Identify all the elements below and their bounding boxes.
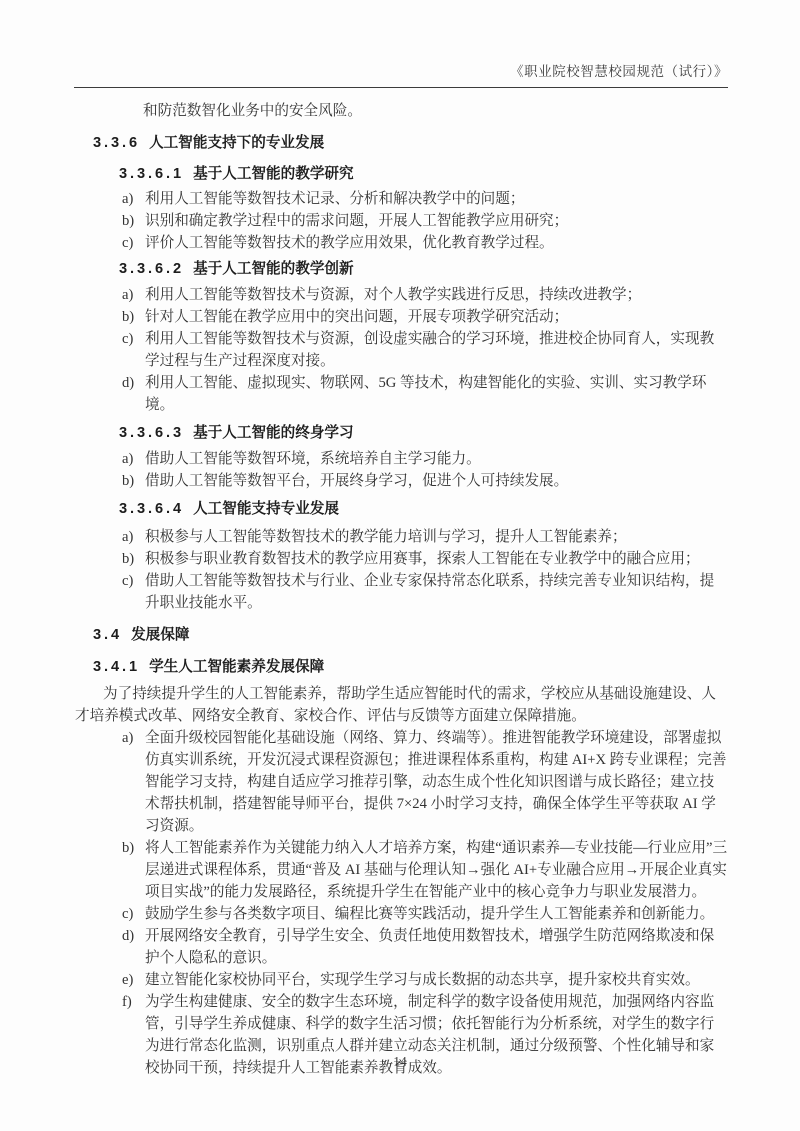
list-item: a) 利用人工智能等数智技术记录、分析和解决教学中的问题；	[75, 188, 728, 210]
section-title: 发展保障	[131, 627, 189, 643]
running-header: 《职业院校智慧校园规范（试行）》	[74, 60, 728, 88]
list-item-label: b)	[122, 306, 134, 328]
list-item-label: d)	[122, 925, 134, 947]
subsection-title: 基于人工智能的教学创新	[193, 261, 354, 277]
list-item: d) 开展网络安全教育，引导学生安全、负责任地使用数智技术，增强学生防范网络欺凌…	[75, 925, 728, 969]
running-header-title: 《职业院校智慧校园规范（试行）》	[510, 64, 728, 79]
list-item: d) 利用人工智能、虚拟现实、物联网、5G 等技术，构建智能化的实验、实训、实习…	[75, 372, 728, 416]
subsection-title: 人工智能支持专业发展	[193, 501, 339, 517]
list-item: c) 评价人工智能等数智技术的教学应用效果，优化教育教学过程。	[75, 232, 728, 254]
list-item-label: b)	[122, 470, 134, 492]
list-item: e) 建立智能化家校协同平台，实现学生学习与成长数据的动态共享，提升家校共育实效…	[75, 969, 728, 991]
list-item-label: a)	[122, 727, 133, 749]
list-item-text: 利用人工智能等数智技术与资源，对个人教学实践进行反思，持续改进教学；	[145, 287, 641, 303]
list-item-text: 评价人工智能等数智技术的教学应用效果，优化教育教学过程。	[145, 235, 554, 251]
list-item: c) 鼓励学生参与各类数字项目、编程比赛等实践活动，提升学生人工智能素养和创新能…	[75, 903, 728, 925]
subsection-title: 基于人工智能的终身学习	[193, 425, 354, 441]
lettered-list: a) 利用人工智能等数智技术记录、分析和解决教学中的问题； b) 识别和确定教学…	[75, 188, 728, 254]
list-item-label: a)	[122, 284, 133, 306]
list-item-text: 利用人工智能、虚拟现实、物联网、5G 等技术，构建智能化的实验、实训、实习教学环…	[145, 375, 706, 413]
list-item-label: a)	[122, 188, 133, 210]
list-item-text: 积极参与人工智能等数智技术的教学能力培训与学习，提升人工智能素养；	[145, 529, 627, 545]
list-item-text: 借助人工智能等数智环境，系统培养自主学习能力。	[145, 451, 481, 467]
lettered-list: a) 利用人工智能等数智技术与资源，对个人教学实践进行反思，持续改进教学； b)…	[75, 284, 728, 416]
subsection-heading: 3.3.6.2基于人工智能的教学创新	[119, 258, 728, 280]
list-item-label: e)	[122, 969, 133, 991]
list-item-text: 利用人工智能等数智技术记录、分析和解决教学中的问题；	[145, 191, 524, 207]
list-item: a) 积极参与人工智能等数智技术的教学能力培训与学习，提升人工智能素养；	[75, 526, 728, 548]
lettered-list: a) 积极参与人工智能等数智技术的教学能力培训与学习，提升人工智能素养； b) …	[75, 526, 728, 614]
list-item-text: 借助人工智能等数智技术与行业、企业专家保持常态化联系，持续完善专业知识结构，提升…	[145, 573, 714, 611]
list-item-label: c)	[122, 570, 133, 592]
list-item-text: 识别和确定教学过程中的需求问题，开展人工智能教学应用研究；	[145, 213, 568, 229]
subsection-number: 3.3.6.2	[119, 261, 184, 277]
section-number: 3.4.1	[93, 659, 140, 675]
section-heading: 3.3.6人工智能支持下的专业发展	[93, 132, 728, 154]
list-item-label: d)	[122, 372, 134, 394]
list-item: a) 借助人工智能等数智环境，系统培养自主学习能力。	[75, 448, 728, 470]
list-item-text: 鼓励学生参与各类数字项目、编程比赛等实践活动，提升学生人工智能素养和创新能力。	[145, 906, 714, 922]
list-item-label: b)	[122, 837, 134, 859]
list-item-label: f)	[122, 991, 132, 1013]
subsection-number: 3.3.6.1	[119, 166, 184, 182]
list-item-label: c)	[122, 328, 133, 350]
list-item-label: c)	[122, 903, 133, 925]
section-number: 3.3.6	[93, 135, 140, 151]
section-title: 人工智能支持下的专业发展	[149, 135, 324, 151]
section-title: 学生人工智能素养发展保障	[149, 659, 324, 675]
list-item-text: 开展网络安全教育，引导学生安全、负责任地使用数智技术，增强学生防范网络欺凌和保护…	[145, 928, 714, 966]
section-heading: 3.4.1学生人工智能素养发展保障	[93, 656, 728, 678]
list-item-text: 借助人工智能等数智平台，开展终身学习，促进个人可持续发展。	[145, 473, 568, 489]
list-item-label: c)	[122, 232, 133, 254]
list-item: b) 将人工智能素养作为关键能力纳入人才培养方案，构建“通识素养—专业技能—行业…	[75, 837, 728, 903]
list-item-text: 将人工智能素养作为关键能力纳入人才培养方案，构建“通识素养—专业技能—行业应用”…	[145, 840, 727, 900]
list-item-label: a)	[122, 526, 133, 548]
section-number: 3.4	[93, 627, 122, 643]
lettered-list: a) 全面升级校园智能化基础设施（网络、算力、终端等）。推进智能教学环境建设，部…	[75, 727, 728, 1079]
subsection-number: 3.3.6.4	[119, 501, 184, 517]
list-item-text: 积极参与职业教育数智技术的教学应用赛事，探索人工智能在专业教学中的融合应用；	[145, 551, 700, 567]
list-item: b) 借助人工智能等数智平台，开展终身学习，促进个人可持续发展。	[75, 470, 728, 492]
paragraph-continuation: 和防范数智化业务中的安全风险。	[143, 100, 728, 122]
page-content: 和防范数智化业务中的安全风险。 3.3.6人工智能支持下的专业发展 3.3.6.…	[75, 99, 728, 1079]
list-item: b) 识别和确定教学过程中的需求问题，开展人工智能教学应用研究；	[75, 210, 728, 232]
list-item-text: 全面升级校园智能化基础设施（网络、算力、终端等）。推进智能教学环境建设，部署虚拟…	[145, 730, 726, 834]
document-page: 《职业院校智慧校园规范（试行）》 和防范数智化业务中的安全风险。 3.3.6人工…	[0, 0, 800, 1131]
list-item-label: a)	[122, 448, 133, 470]
subsection-title: 基于人工智能的教学研究	[193, 166, 354, 182]
subsection-heading: 3.3.6.3基于人工智能的终身学习	[119, 422, 728, 444]
list-item: a) 全面升级校园智能化基础设施（网络、算力、终端等）。推进智能教学环境建设，部…	[75, 727, 728, 837]
list-item-text: 针对人工智能在教学应用中的突出问题，开展专项教学研究活动；	[145, 309, 568, 325]
subsection-heading: 3.3.6.1基于人工智能的教学研究	[119, 163, 728, 185]
list-item: c) 利用人工智能等数智技术与资源，创设虚实融合的学习环境，推进校企协同育人，实…	[75, 328, 728, 372]
list-item: c) 借助人工智能等数智技术与行业、企业专家保持常态化联系，持续完善专业知识结构…	[75, 570, 728, 614]
subsection-heading: 3.3.6.4人工智能支持专业发展	[119, 498, 728, 520]
list-item: b) 积极参与职业教育数智技术的教学应用赛事，探索人工智能在专业教学中的融合应用…	[75, 548, 728, 570]
list-item-text: 建立智能化家校协同平台，实现学生学习与成长数据的动态共享，提升家校共育实效。	[145, 972, 700, 988]
section-heading: 3.4发展保障	[93, 624, 728, 646]
list-item-label: b)	[122, 548, 134, 570]
list-item-label: b)	[122, 210, 134, 232]
subsection-number: 3.3.6.3	[119, 425, 184, 441]
page-number: 14	[0, 1053, 800, 1071]
list-item: a) 利用人工智能等数智技术与资源，对个人教学实践进行反思，持续改进教学；	[75, 284, 728, 306]
list-item-text: 利用人工智能等数智技术与资源，创设虚实融合的学习环境，推进校企协同育人，实现教学…	[145, 331, 714, 369]
list-item: b) 针对人工智能在教学应用中的突出问题，开展专项教学研究活动；	[75, 306, 728, 328]
lettered-list: a) 借助人工智能等数智环境，系统培养自主学习能力。 b) 借助人工智能等数智平…	[75, 448, 728, 492]
body-paragraph: 为了持续提升学生的人工智能素养，帮助学生适应智能时代的需求，学校应从基础设施建设…	[75, 683, 728, 727]
